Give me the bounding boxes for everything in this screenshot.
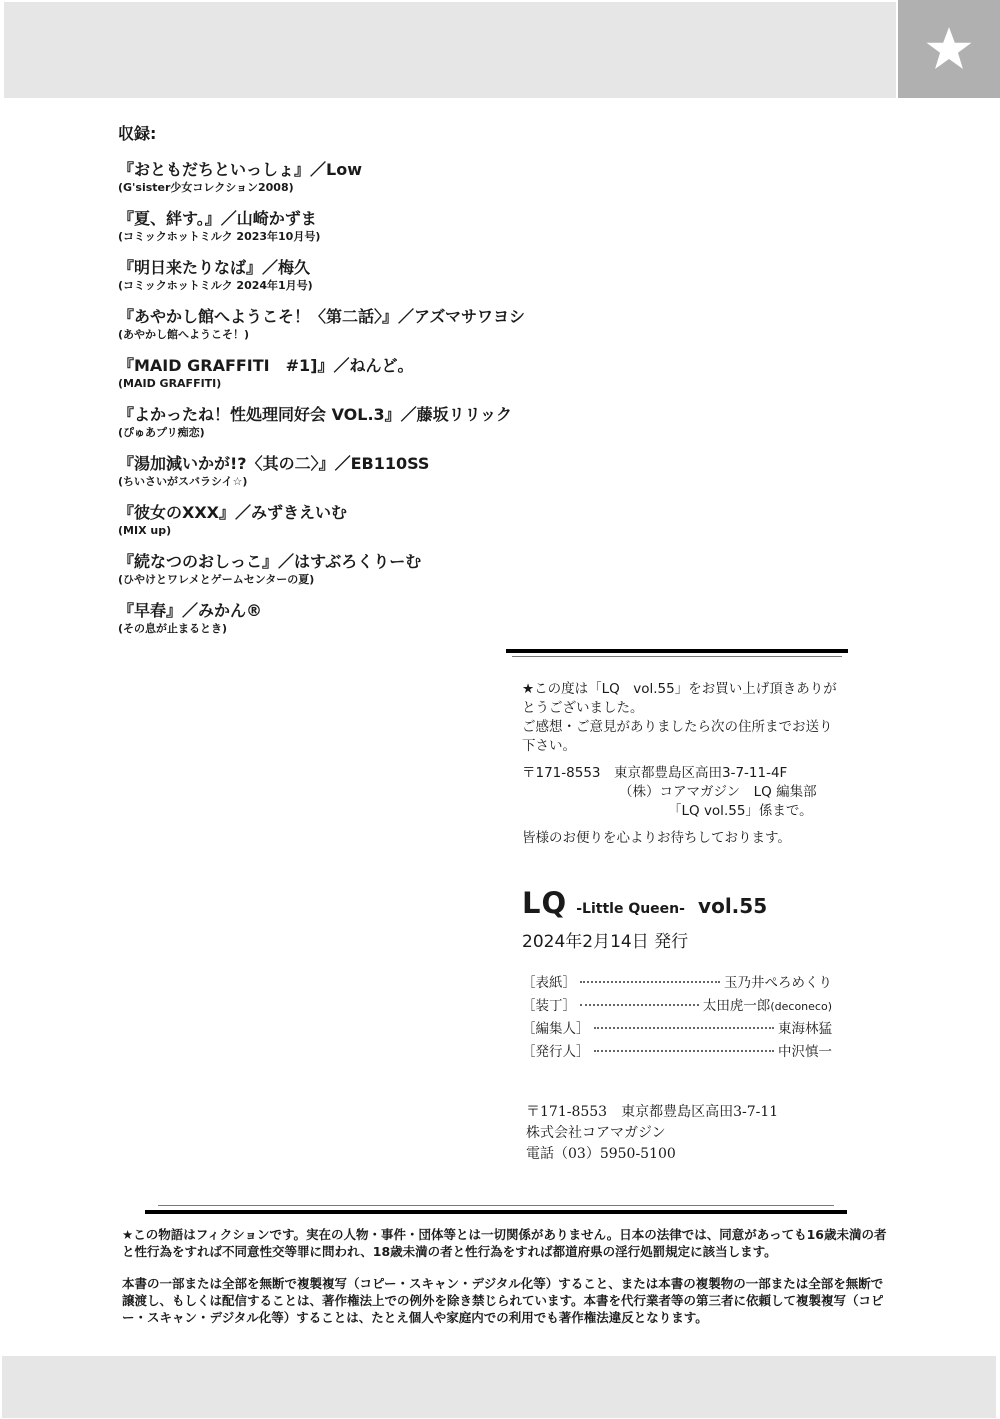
entry-source: (ちいさいがスバラシイ☆) bbox=[118, 474, 518, 490]
entry-title: 『明日来たりなば』／梅久 bbox=[118, 258, 518, 278]
mailing-attention: 「LQ vol.55」係まで。 bbox=[522, 802, 852, 821]
divider-thick bbox=[145, 1210, 847, 1214]
credit-role: ［編集人］ bbox=[522, 1018, 590, 1041]
colophon: LQ -Little Queen- vol.55 2024年2月14日 発行 ［… bbox=[522, 886, 832, 1064]
entry-source: (コミックホットミルク 2024年1月号) bbox=[118, 278, 518, 294]
entry-source: (ぴゅあプリ痴恋) bbox=[118, 425, 518, 441]
legal-notices: ★この物語はフィクションです。実在の人物・事件・団体等とは一切関係がありません。… bbox=[122, 1226, 892, 1341]
list-item: 『明日来たりなば』／梅久 (コミックホットミルク 2024年1月号) bbox=[118, 258, 518, 294]
entry-source: (あやかし館へようこそ！) bbox=[118, 327, 518, 343]
thanks-closing: 皆様のお便りを心よりお待ちしております。 bbox=[522, 829, 852, 848]
list-item: 『夏、絆す。』／山崎かずま (コミックホットミルク 2023年10月号) bbox=[118, 209, 518, 245]
dot-leader bbox=[594, 1027, 775, 1029]
entry-title: 『MAID GRAFFITI #1]』／ねんど。 bbox=[118, 356, 518, 376]
dot-leader bbox=[594, 1050, 775, 1052]
credit-row: ［発行人］ 中沢慎一 bbox=[522, 1041, 832, 1064]
credit-name: 玉乃井ぺろめくり bbox=[724, 972, 832, 995]
entry-source: (その息が止まるとき) bbox=[118, 621, 518, 637]
contents-list: 収録: 『おともだちといっしょ』／Low (G'sister少女コレクション20… bbox=[118, 124, 518, 650]
list-item: 『あやかし館へようこそ！〈第二話〉』／アズマサワヨシ (あやかし館へようこそ！) bbox=[118, 307, 518, 343]
list-item: 『湯加減いかが!?〈其の二〉』／EB110SS (ちいさいがスバラシイ☆) bbox=[118, 454, 518, 490]
credit-name: 中沢慎一 bbox=[778, 1041, 832, 1064]
divider-thick bbox=[506, 649, 848, 653]
credit-role: ［表紙］ bbox=[522, 972, 576, 995]
entry-title: 『彼女のXXX』／みずきえいむ bbox=[118, 503, 518, 523]
credit-role: ［装丁］ bbox=[522, 995, 576, 1018]
entry-title: 『続なつのおしっこ』／はすぶろくりーむ bbox=[118, 552, 518, 572]
credit-name: 東海林猛 bbox=[778, 1018, 832, 1041]
list-item: 『続なつのおしっこ』／はすぶろくりーむ (ひやけとワレメとゲームセンターの夏) bbox=[118, 552, 518, 588]
publisher-address: 〒171-8553 東京都豊島区高田3-7-11 bbox=[526, 1102, 778, 1123]
title-volume: vol.55 bbox=[698, 894, 767, 918]
thanks-line: 下さい。 bbox=[522, 737, 852, 756]
contents-heading: 収録: bbox=[118, 124, 518, 144]
entry-title: 『湯加減いかが!?〈其の二〉』／EB110SS bbox=[118, 454, 518, 474]
divider-thin bbox=[512, 656, 842, 657]
publication-title: LQ -Little Queen- vol.55 bbox=[522, 886, 832, 926]
list-item: 『おともだちといっしょ』／Low (G'sister少女コレクション2008) bbox=[118, 160, 518, 196]
publisher-company: 株式会社コアマガジン bbox=[526, 1123, 778, 1144]
list-item: 『早春』／みかん® (その息が止まるとき) bbox=[118, 601, 518, 637]
entry-title: 『あやかし館へようこそ！〈第二話〉』／アズマサワヨシ bbox=[118, 307, 518, 327]
entry-source: (ひやけとワレメとゲームセンターの夏) bbox=[118, 572, 518, 588]
publisher-info: 〒171-8553 東京都豊島区高田3-7-11 株式会社コアマガジン 電話（0… bbox=[526, 1102, 778, 1165]
title-sub: -Little Queen- bbox=[576, 901, 685, 917]
entry-source: (MAID GRAFFITI) bbox=[118, 376, 518, 392]
mailing-address: 〒171-8553 東京都豊島区高田3-7-11-4F bbox=[522, 764, 852, 783]
thanks-line: ご感想・ご意見がありましたら次の住所までお送り bbox=[522, 718, 852, 737]
title-main: LQ bbox=[522, 886, 567, 920]
list-item: 『よかったね！性処理同好会 VOL.3』／藤坂リリック (ぴゅあプリ痴恋) bbox=[118, 405, 518, 441]
dot-leader bbox=[580, 981, 720, 983]
divider-thin bbox=[158, 1205, 834, 1206]
credit-row: ［編集人］ 東海林猛 bbox=[522, 1018, 832, 1041]
entry-source: (G'sister少女コレクション2008) bbox=[118, 180, 518, 196]
entry-title: 『夏、絆す。』／山崎かずま bbox=[118, 209, 518, 229]
entry-title: 『よかったね！性処理同好会 VOL.3』／藤坂リリック bbox=[118, 405, 518, 425]
credit-name: 太田虎一郎(deconeco) bbox=[703, 995, 832, 1018]
thanks-line: ★この度は「LQ vol.55」をお買い上げ頂きありが bbox=[522, 680, 852, 699]
star-icon bbox=[924, 24, 974, 74]
list-item: 『MAID GRAFFITI #1]』／ねんど。 (MAID GRAFFITI) bbox=[118, 356, 518, 392]
credit-role: ［発行人］ bbox=[522, 1041, 590, 1064]
star-badge bbox=[898, 0, 1000, 98]
fiction-notice: ★この物語はフィクションです。実在の人物・事件・団体等とは一切関係がありません。… bbox=[122, 1226, 892, 1260]
credit-row: ［装丁］ 太田虎一郎(deconeco) bbox=[522, 995, 832, 1018]
mailing-department: （株）コアマガジン LQ 編集部 bbox=[522, 783, 852, 802]
bottom-gray-bar bbox=[2, 1356, 996, 1418]
publisher-phone: 電話（03）5950-5100 bbox=[526, 1144, 778, 1165]
top-gray-bar bbox=[4, 2, 896, 98]
entry-title: 『おともだちといっしょ』／Low bbox=[118, 160, 518, 180]
thanks-message: ★この度は「LQ vol.55」をお買い上げ頂きありが とうございました。 ご感… bbox=[522, 680, 852, 848]
entry-source: (MIX up) bbox=[118, 523, 518, 539]
publication-date: 2024年2月14日 発行 bbox=[522, 928, 832, 956]
copyright-notice: 本書の一部または全部を無断で複製複写（コピー・スキャン・デジタル化等）すること、… bbox=[122, 1275, 892, 1326]
credits-list: ［表紙］ 玉乃井ぺろめくり ［装丁］ 太田虎一郎(deconeco) ［編集人］… bbox=[522, 972, 832, 1064]
list-item: 『彼女のXXX』／みずきえいむ (MIX up) bbox=[118, 503, 518, 539]
thanks-line: とうございました。 bbox=[522, 699, 852, 718]
credit-row: ［表紙］ 玉乃井ぺろめくり bbox=[522, 972, 832, 995]
dot-leader bbox=[580, 1004, 699, 1006]
entry-title: 『早春』／みかん® bbox=[118, 601, 518, 621]
entry-source: (コミックホットミルク 2023年10月号) bbox=[118, 229, 518, 245]
